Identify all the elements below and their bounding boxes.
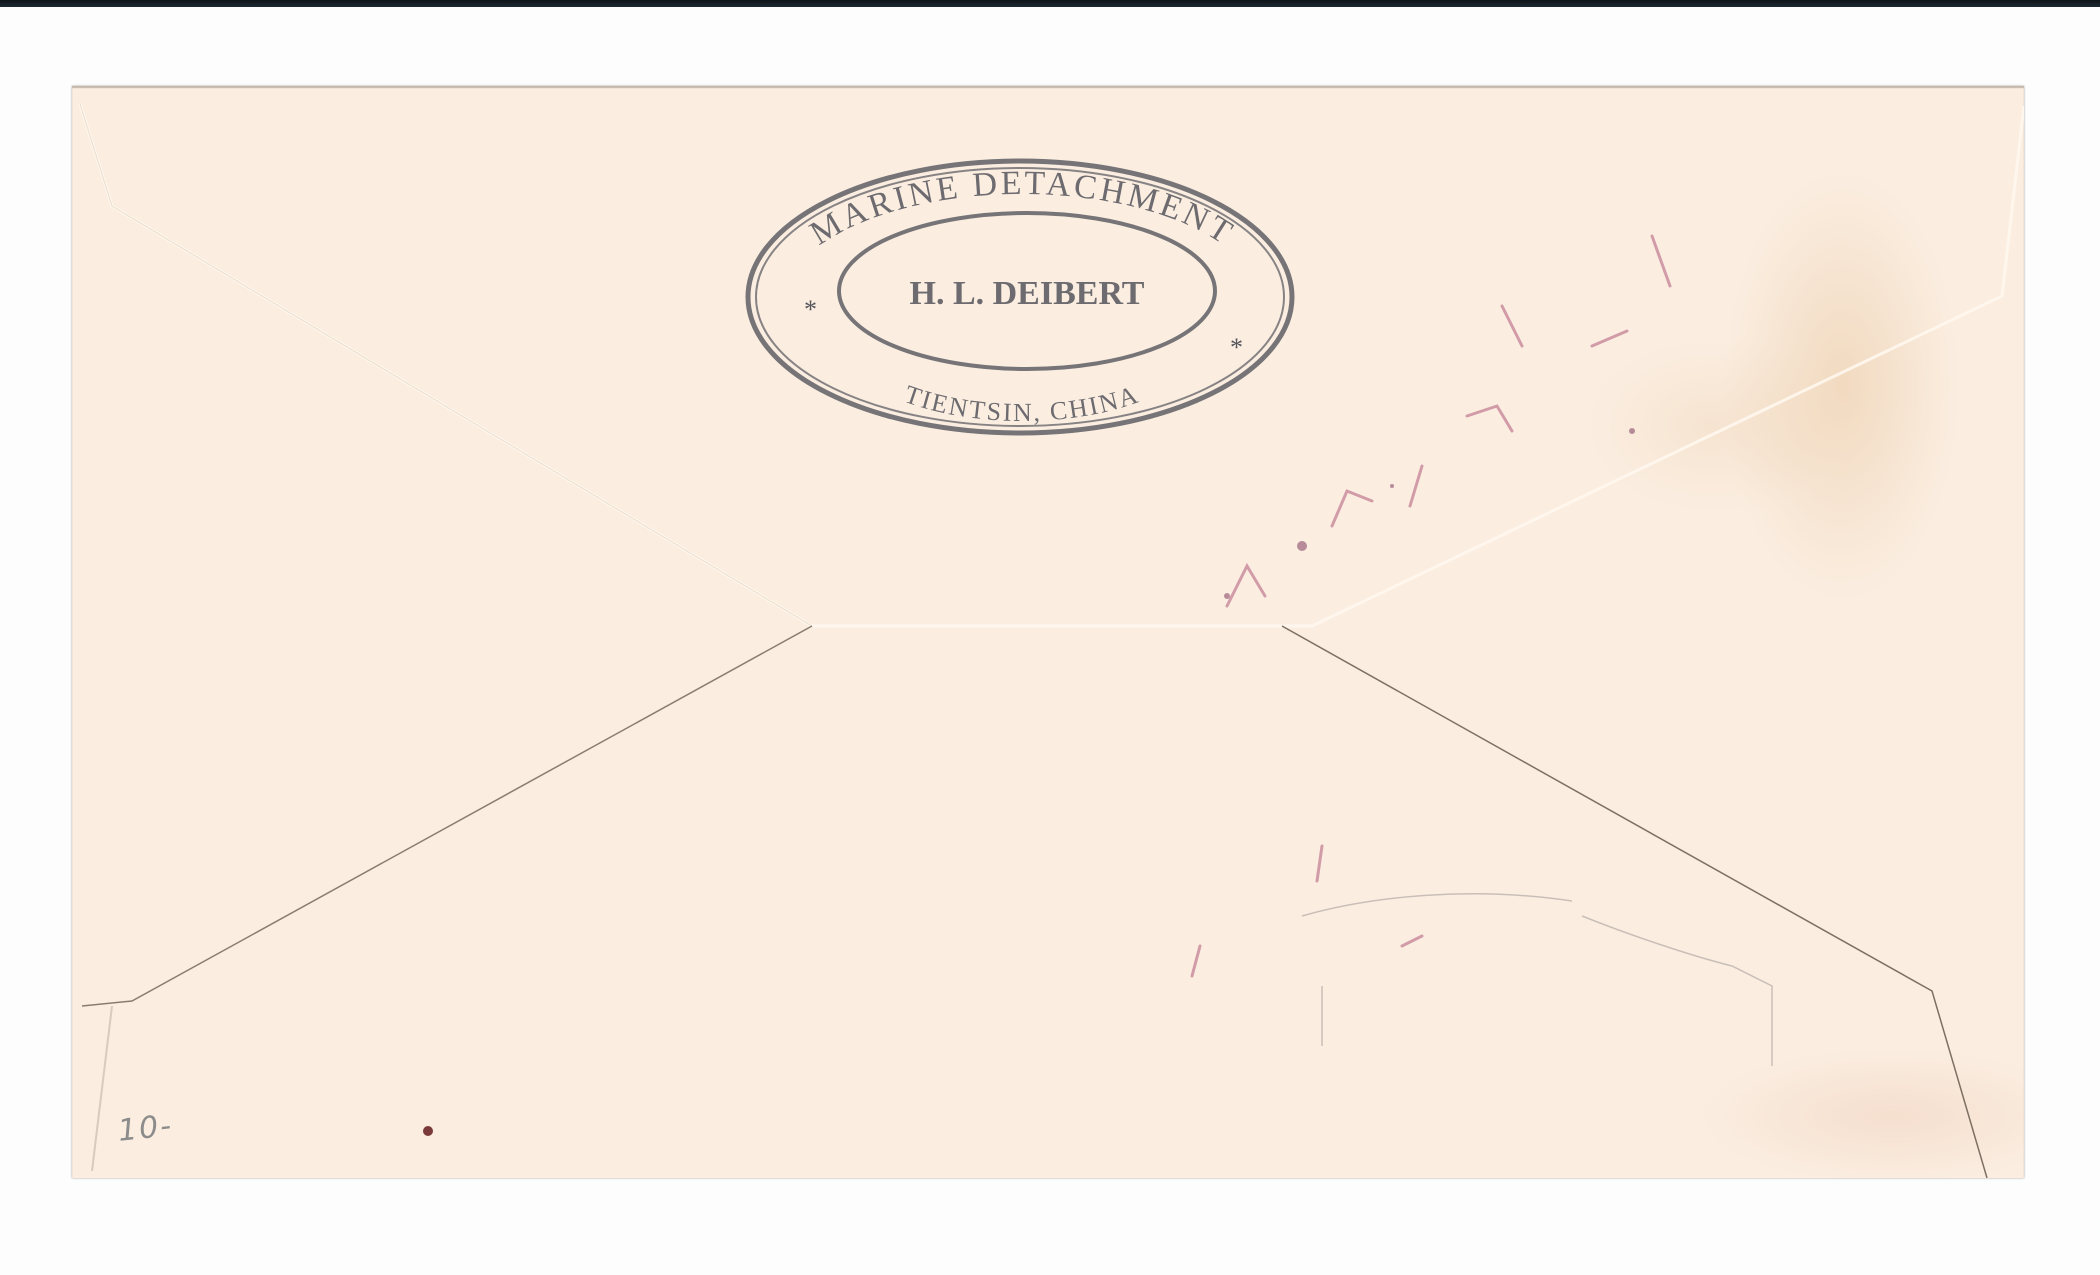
envelope-back: MARINE DETACHMENT H. L. DEIBERT TIENTSIN…: [72, 86, 2024, 1178]
stamp-top-text: MARINE DETACHMENT: [804, 165, 1241, 253]
stamp-star-right: *: [1230, 333, 1243, 362]
stamp-star-left: *: [804, 295, 817, 324]
pencil-price-note: 10-: [116, 1108, 174, 1149]
scanner-edge: [0, 0, 2100, 7]
stamp-name-text: H. L. DEIBERT: [910, 275, 1145, 312]
stain: [1692, 1046, 2024, 1178]
svg-text:MARINE DETACHMENT: MARINE DETACHMENT: [804, 165, 1241, 253]
marine-detachment-handstamp: MARINE DETACHMENT H. L. DEIBERT TIENTSIN…: [742, 156, 1298, 438]
ink-dot: [423, 1126, 433, 1136]
